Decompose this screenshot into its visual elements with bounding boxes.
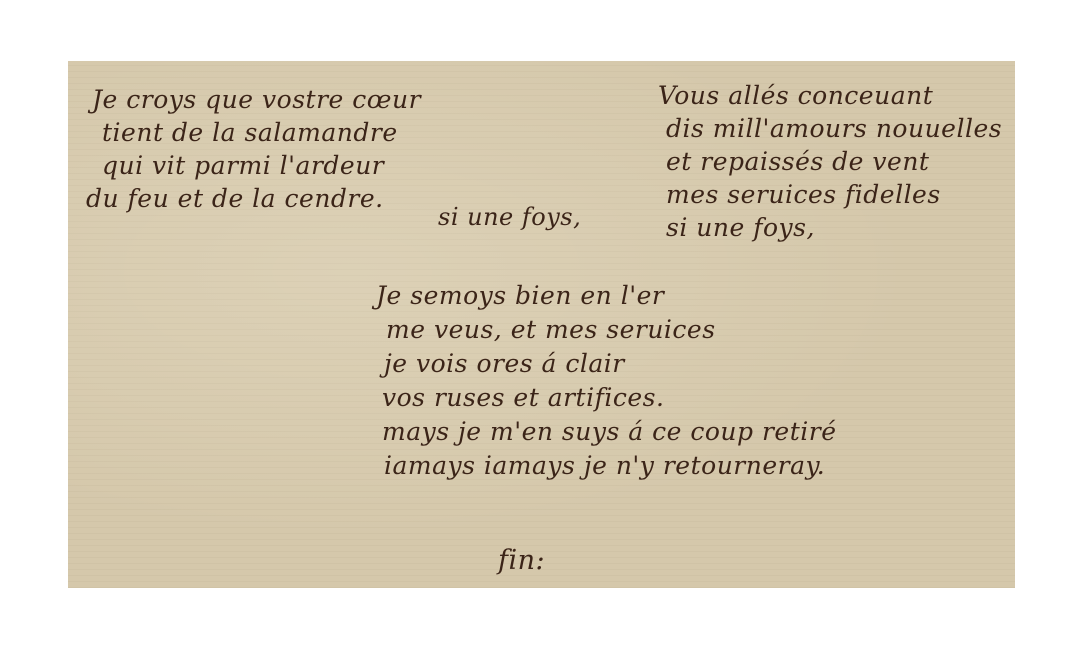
verse-line: du feu et de la cendre.: [86, 182, 421, 215]
verse-line: iamays iamays je n'y retourneray.: [384, 449, 837, 483]
refrain: si une foys,: [666, 211, 1002, 244]
verse-line: mes seruices fidelles: [666, 178, 1002, 211]
manuscript-page: Je croys que vostre cœur tient de la sal…: [68, 61, 1015, 588]
refrain: si une foys,: [438, 203, 581, 231]
verse-line: dis mill'amours nouuelles: [666, 112, 1002, 145]
verse-line: qui vit parmi l'ardeur: [102, 149, 421, 182]
verse-line: me veus, et mes seruices: [386, 313, 837, 347]
verse-line: Vous allés conceuant: [658, 79, 1002, 112]
verse-line: je vois ores á clair: [384, 347, 837, 381]
verse-line: Je semoys bien en l'er: [376, 279, 837, 313]
verse-line: tient de la salamandre: [102, 116, 421, 149]
stanza-1: Je croys que vostre cœur tient de la sal…: [84, 83, 421, 215]
closing-fin: fin:: [498, 545, 545, 576]
verse-line: mays je m'en suys á ce coup retiré: [382, 415, 837, 449]
stanza-3: Je semoys bien en l'er me veus, et mes s…: [376, 279, 837, 483]
verse-line: Je croys que vostre cœur: [92, 83, 421, 116]
verse-line: et repaissés de vent: [666, 145, 1002, 178]
verse-line: vos ruses et artifices.: [382, 381, 837, 415]
stanza-2: Vous allés conceuant dis mill'amours nou…: [658, 79, 1002, 244]
